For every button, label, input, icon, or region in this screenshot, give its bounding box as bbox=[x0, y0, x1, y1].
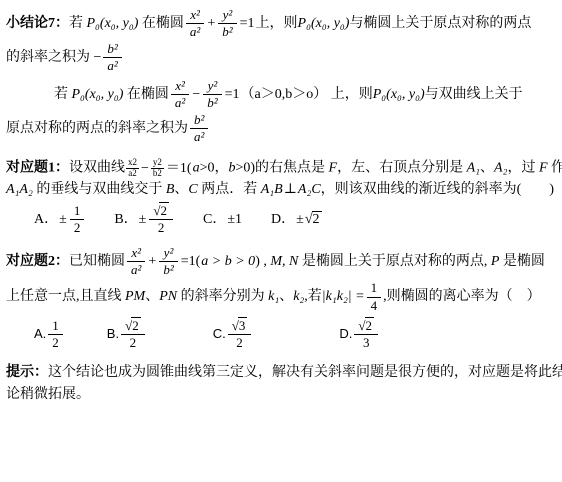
points-mn: M, N bbox=[270, 254, 298, 269]
text-run: 已知椭圆 bbox=[69, 254, 125, 269]
condition-run: （a＞0,b＞o） bbox=[241, 87, 328, 102]
radicand: 3 bbox=[238, 317, 248, 333]
option-c-label: C. bbox=[213, 326, 226, 341]
text-run: 若 bbox=[69, 16, 87, 31]
option-a: A．±12 bbox=[34, 204, 86, 236]
abs-k1k2-equals: |k₁k₂| = bbox=[322, 289, 365, 304]
vertex-a2: A₂ bbox=[494, 161, 507, 176]
slope-k2: k₂ bbox=[293, 289, 304, 304]
hint-line2: 论稍微拓展。 bbox=[6, 384, 556, 406]
conclusion7b-line2: 原点对称的两点的斜率之积为b²a² bbox=[6, 113, 556, 145]
fraction-b2-a2: b²a² bbox=[103, 42, 121, 74]
question1-line2: A₁A₂ 的垂线与双曲线交于 B、C 两点．若 A₁B⊥A₂C，则该双曲线的渐近… bbox=[6, 181, 556, 200]
option-b: B．±√22 bbox=[114, 204, 175, 236]
option-c-label: C． bbox=[203, 212, 226, 227]
focus-f: F bbox=[329, 161, 338, 176]
option-b: B.√22 bbox=[107, 319, 147, 351]
line-pm: PM bbox=[125, 289, 145, 304]
plus-operator: + bbox=[206, 16, 216, 31]
equals-one: =1 bbox=[224, 87, 241, 102]
text-run: 的斜率之积为 − bbox=[6, 50, 101, 65]
radicand: 2 bbox=[131, 317, 141, 333]
fraction-sqrt2-3: √23 bbox=[354, 319, 378, 351]
fraction-x2-a2: x²a² bbox=[186, 8, 204, 40]
segment-a1b: A₁B bbox=[261, 182, 283, 197]
fraction-y2-b2-small: y2b2 bbox=[151, 158, 164, 179]
text-run: >0， bbox=[200, 161, 229, 176]
radicand: 2 bbox=[159, 202, 169, 218]
question2-options: A.12B.√22C.√32D.√23 bbox=[6, 319, 556, 351]
option-c: C.√32 bbox=[213, 319, 254, 351]
option-a: A.12 bbox=[34, 319, 65, 351]
text-run: 作 bbox=[548, 161, 562, 176]
text-run: >0)的右焦点是 bbox=[235, 161, 328, 176]
fraction-1-2: 12 bbox=[48, 319, 63, 351]
equals-one: ＝1( bbox=[165, 161, 193, 176]
text-run: ，左、右顶点分别是 bbox=[337, 161, 467, 176]
fraction-x2-a2: x²a² bbox=[127, 246, 145, 278]
point-p0: P₀(x₀, y₀) bbox=[373, 87, 425, 102]
radicand: 2 bbox=[312, 211, 322, 227]
conclusion7-label: 小结论7： bbox=[6, 16, 69, 31]
option-d-label: D. bbox=[339, 326, 352, 341]
text-run: 论稍微拓展。 bbox=[6, 387, 90, 402]
option-d: D．±√2 bbox=[271, 211, 322, 230]
plus-minus-symbol: ± bbox=[58, 212, 68, 227]
point-c: C bbox=[188, 182, 197, 197]
fraction-y2-b2: y²b² bbox=[218, 8, 236, 40]
line-pn: PN bbox=[159, 289, 177, 304]
text-run: 上，则 bbox=[256, 16, 298, 31]
fraction-sqrt2-2: √22 bbox=[121, 319, 145, 351]
text-run: ，过 bbox=[507, 161, 539, 176]
enum-comma: 、 bbox=[174, 182, 188, 197]
equals-one: =1( bbox=[180, 254, 202, 269]
plus-minus-symbol: ± bbox=[295, 212, 305, 227]
minus-operator: − bbox=[191, 87, 201, 102]
text-run: 在椭圆 bbox=[123, 87, 169, 102]
vertex-a1: A₁ bbox=[467, 161, 480, 176]
enum-comma: 、 bbox=[279, 289, 293, 304]
sqrt-expression: √2 bbox=[358, 318, 374, 333]
question2-line1: 对应题2：已知椭圆x²a²+y²b²=1(a > b > 0) , M, N 是… bbox=[6, 246, 556, 278]
radicand: 2 bbox=[365, 317, 375, 333]
text-run: 是椭圆上关于原点对称的两点, bbox=[298, 254, 491, 269]
fraction-y2-b2: y²b² bbox=[203, 79, 221, 111]
text-run: 与椭圆上关于原点对称的两点 bbox=[349, 16, 531, 31]
text-run: 的斜率分别为 bbox=[177, 289, 268, 304]
option-c: C．±1 bbox=[203, 211, 243, 230]
slope-k1: k₁ bbox=[268, 289, 279, 304]
fraction-x2-a2: x²a² bbox=[171, 79, 189, 111]
text-run: 原点对称的两点的斜率之积为 bbox=[6, 121, 188, 136]
text-run: 在椭圆 bbox=[138, 16, 184, 31]
point-p0: P₀(x₀, y₀) bbox=[298, 16, 350, 31]
minus-operator: − bbox=[140, 161, 150, 176]
text-run: 若 bbox=[54, 87, 72, 102]
plus-operator: + bbox=[147, 254, 157, 269]
text-run: 上任意一点,且直线 bbox=[6, 289, 125, 304]
hint-line1: 提示：这个结论也成为圆锥曲线第三定义，解决有关斜率问题是很方便的，对应题是将此结 bbox=[6, 362, 556, 384]
point-p0: P₀(x₀, y₀) bbox=[72, 87, 124, 102]
question1-label: 对应题1： bbox=[6, 161, 69, 176]
question2-label: 对应题2： bbox=[6, 254, 69, 269]
question1-line1: 对应题1：设双曲线x2a2−y2b2＝1(a>0，b>0)的右焦点是 F，左、右… bbox=[6, 158, 556, 179]
fraction-sqrt2-2: √22 bbox=[149, 204, 173, 236]
fraction-sqrt3-2: √32 bbox=[228, 319, 252, 351]
sqrt-expression: √2 bbox=[125, 318, 141, 333]
segment-a2c: A₂C bbox=[298, 182, 321, 197]
text-run: 与双曲线上关于 bbox=[425, 87, 523, 102]
sqrt-expression: √2 bbox=[153, 203, 169, 218]
perpendicular-symbol: ⊥ bbox=[283, 182, 298, 197]
condition-run: a > b > 0 bbox=[201, 254, 255, 269]
sqrt-expression: √3 bbox=[232, 318, 248, 333]
sqrt-expression: √2 bbox=[305, 212, 322, 227]
option-b-label: B． bbox=[114, 212, 137, 227]
enum-comma: 、 bbox=[480, 161, 494, 176]
equals-one: =1 bbox=[239, 16, 256, 31]
option-a-label: A． bbox=[34, 212, 58, 227]
option-d: D.√23 bbox=[339, 319, 380, 351]
text-run: ,若 bbox=[304, 289, 322, 304]
conclusion7-line1: 小结论7：若 P₀(x₀, y₀) 在椭圆x²a²+y²b²=1上，则P₀(x₀… bbox=[6, 8, 556, 40]
text-run: 这个结论也成为圆锥曲线第三定义，解决有关斜率问题是很方便的，对应题是将此结 bbox=[48, 365, 562, 380]
plus-minus-symbol: ± bbox=[138, 212, 148, 227]
plus-minus-one: ±1 bbox=[226, 212, 243, 227]
text-run: 是椭圆 bbox=[499, 254, 545, 269]
segment-a1a2: A₁A₂ bbox=[6, 182, 33, 197]
hint-label: 提示： bbox=[6, 365, 48, 380]
conclusion7-line2: 的斜率之积为 −b²a² bbox=[6, 42, 556, 74]
fraction-1-2: 12 bbox=[70, 204, 85, 236]
text-run: 设双曲线 bbox=[69, 161, 125, 176]
question1-options: A．±12B．±√22C．±1D．±√2 bbox=[6, 204, 556, 236]
fraction-x2-a2-small: x2a2 bbox=[126, 158, 139, 179]
option-b-label: B. bbox=[107, 326, 119, 341]
option-d-label: D． bbox=[271, 212, 295, 227]
focus-f: F bbox=[539, 161, 548, 176]
text-run: ) , bbox=[255, 254, 270, 269]
fraction-1-4: 14 bbox=[367, 281, 382, 313]
math-worksheet: 小结论7：若 P₀(x₀, y₀) 在椭圆x²a²+y²b²=1上，则P₀(x₀… bbox=[0, 0, 562, 482]
question2-line2: 上任意一点,且直线 PM、PN 的斜率分别为 k₁、k₂,若|k₁k₂| =14… bbox=[6, 281, 556, 313]
conclusion7b-line1: 若 P₀(x₀, y₀) 在椭圆x²a²−y²b²=1（a＞0,b＞o） 上，则… bbox=[6, 79, 556, 111]
text-run: ,则椭圆的离心率为（ ） bbox=[383, 289, 541, 304]
point-p0: P₀(x₀, y₀) bbox=[87, 16, 139, 31]
text-run: 的垂线与双曲线交于 bbox=[33, 182, 166, 197]
text-run: ，则该双曲线的渐近线的斜率为( ) bbox=[321, 182, 554, 197]
text-run: 两点．若 bbox=[198, 182, 261, 197]
enum-comma: 、 bbox=[145, 289, 159, 304]
hint-paragraph: 提示：这个结论也成为圆锥曲线第三定义，解决有关斜率问题是很方便的，对应题是将此结… bbox=[6, 362, 556, 405]
fraction-y2-b2: y²b² bbox=[159, 246, 177, 278]
fraction-b2-a2: b²a² bbox=[190, 113, 208, 145]
option-a-label: A. bbox=[34, 326, 46, 341]
var-a: a bbox=[193, 161, 200, 176]
text-run: 上，则 bbox=[327, 87, 373, 102]
